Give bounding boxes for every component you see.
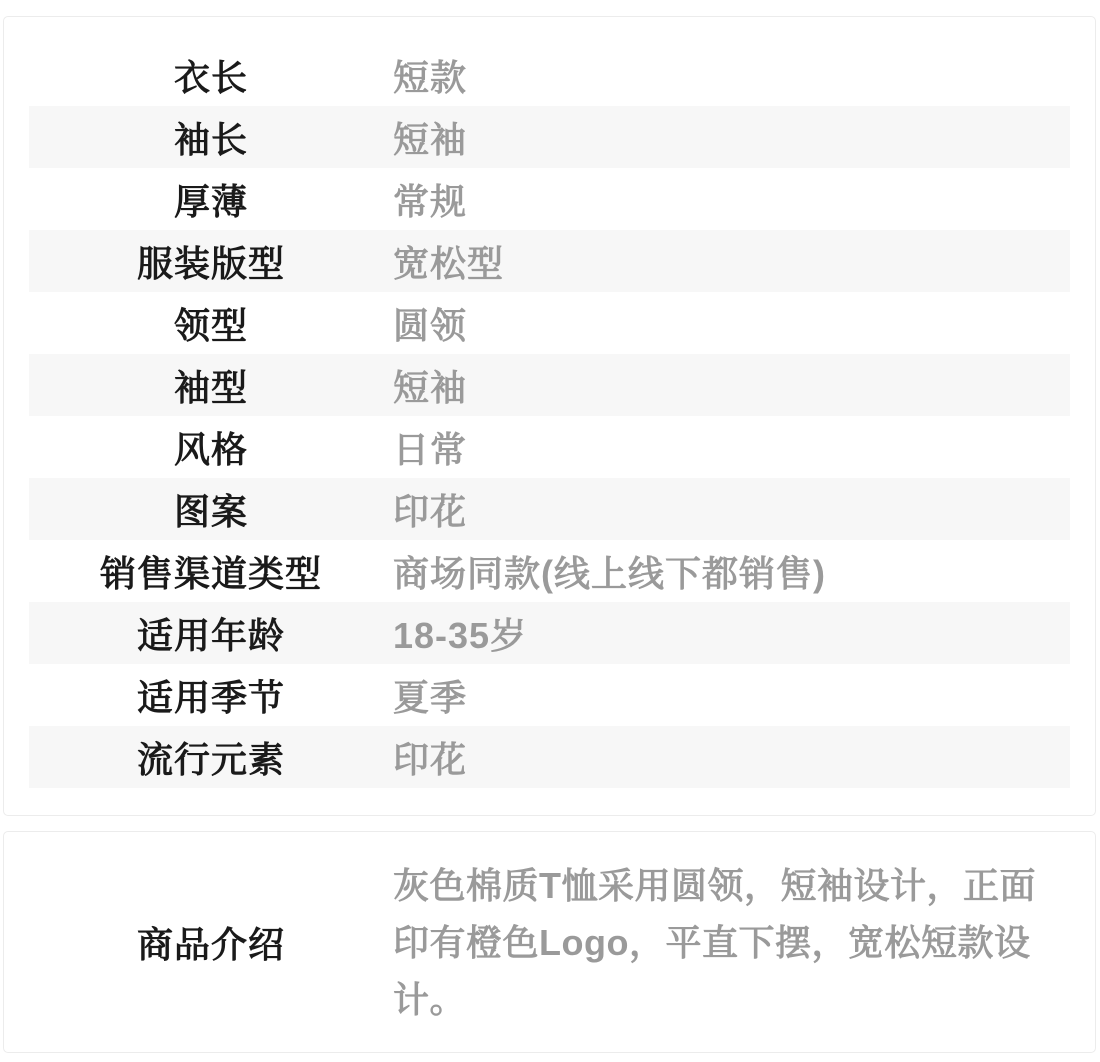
spec-row-label: 销售渠道类型 bbox=[29, 546, 393, 597]
spec-row-label: 领型 bbox=[29, 298, 393, 349]
spec-row-value: 商场同款(线上线下都销售) bbox=[393, 546, 1070, 597]
spec-row: 服装版型 宽松型 bbox=[29, 230, 1070, 292]
spec-row-value: 常规 bbox=[393, 174, 1070, 225]
description-label: 商品介绍 bbox=[29, 917, 393, 968]
spec-row: 销售渠道类型 商场同款(线上线下都销售) bbox=[29, 540, 1070, 602]
spec-row-label: 服装版型 bbox=[29, 236, 393, 287]
spec-row-label: 袖长 bbox=[29, 112, 393, 163]
spec-row-label: 流行元素 bbox=[29, 732, 393, 783]
spec-row-value: 日常 bbox=[393, 422, 1070, 473]
spec-row: 领型 圆领 bbox=[29, 292, 1070, 354]
spec-row-label: 风格 bbox=[29, 422, 393, 473]
spec-row-value: 短袖 bbox=[393, 360, 1070, 411]
spec-table: 衣长 短款 袖长 短袖 厚薄 常规 服装版型 宽松型 领型 圆领 袖型 短袖 风… bbox=[29, 44, 1070, 788]
spec-row-value: 夏季 bbox=[393, 670, 1070, 721]
spec-row-label: 适用年龄 bbox=[29, 608, 393, 659]
spec-row: 厚薄 常规 bbox=[29, 168, 1070, 230]
spec-row: 流行元素 印花 bbox=[29, 726, 1070, 788]
spec-row-label: 适用季节 bbox=[29, 670, 393, 721]
spec-row-label: 衣长 bbox=[29, 50, 393, 101]
spec-row-value: 短袖 bbox=[393, 112, 1070, 163]
spec-row: 图案 印花 bbox=[29, 478, 1070, 540]
spec-row: 衣长 短款 bbox=[29, 44, 1070, 106]
spec-row-value: 印花 bbox=[393, 484, 1070, 535]
product-description-card: 商品介绍 灰色棉质T恤采用圆领，短袖设计，正面印有橙色Logo，平直下摆，宽松短… bbox=[3, 831, 1096, 1053]
spec-row-label: 图案 bbox=[29, 484, 393, 535]
spec-row-label: 厚薄 bbox=[29, 174, 393, 225]
spec-row: 袖型 短袖 bbox=[29, 354, 1070, 416]
spec-row-value: 短款 bbox=[393, 50, 1070, 101]
spec-row: 适用年龄 18-35岁 bbox=[29, 602, 1070, 664]
description-text: 灰色棉质T恤采用圆领，短袖设计，正面印有橙色Logo，平直下摆，宽松短款设计。 bbox=[393, 857, 1048, 1028]
spec-row-value: 宽松型 bbox=[393, 236, 1070, 287]
spec-row: 风格 日常 bbox=[29, 416, 1070, 478]
product-attributes-page: 衣长 短款 袖长 短袖 厚薄 常规 服装版型 宽松型 领型 圆领 袖型 短袖 风… bbox=[0, 0, 1100, 1062]
spec-row: 适用季节 夏季 bbox=[29, 664, 1070, 726]
spec-row-value: 18-35岁 bbox=[393, 608, 1070, 659]
spec-row: 袖长 短袖 bbox=[29, 106, 1070, 168]
spec-row-value: 圆领 bbox=[393, 298, 1070, 349]
spec-row-label: 袖型 bbox=[29, 360, 393, 411]
product-spec-card: 衣长 短款 袖长 短袖 厚薄 常规 服装版型 宽松型 领型 圆领 袖型 短袖 风… bbox=[3, 16, 1096, 816]
spec-row-value: 印花 bbox=[393, 732, 1070, 783]
